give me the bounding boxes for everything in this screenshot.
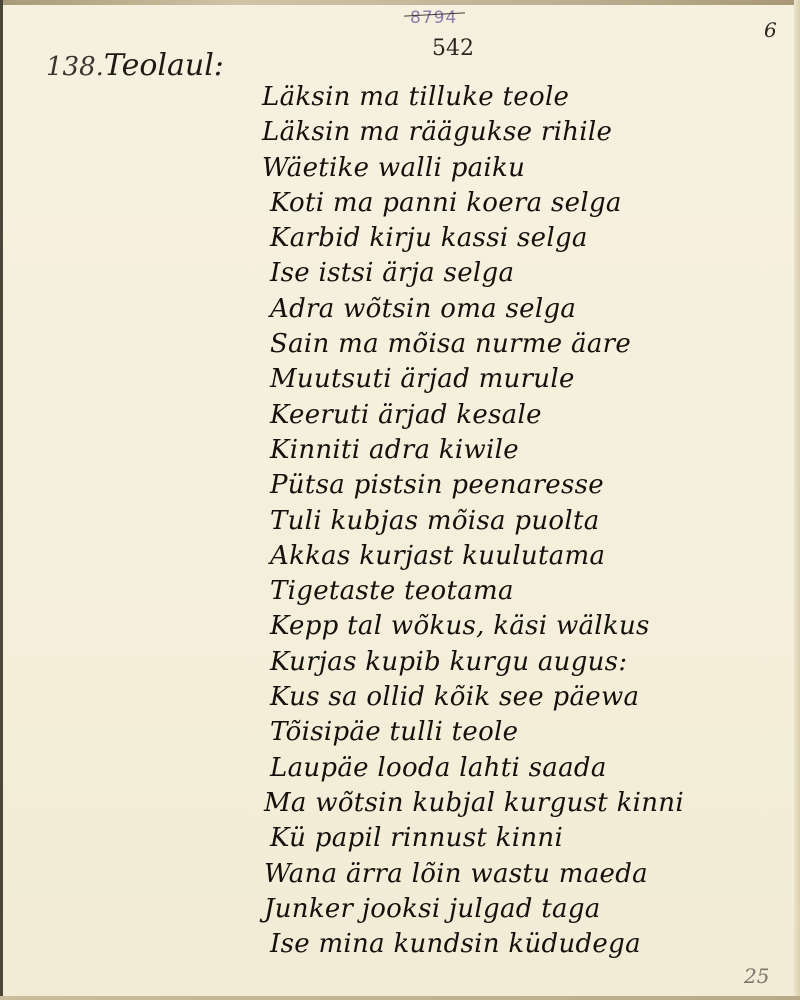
poem-line: Akkas kurjast kuulutama (262, 539, 684, 574)
poem-line: Wana ärra lõin wastu maeda (262, 857, 684, 892)
poem-line: Adra wõtsin oma selga (262, 292, 684, 327)
poem-line: Wäetike walli paiku (262, 151, 684, 186)
poem-line: Kurjas kupib kurgu augus: (262, 645, 684, 680)
poem-line: Tigetaste teotama (262, 574, 684, 609)
poem-line: Muutsuti ärjad murule (262, 362, 684, 397)
paper-bottom-edge (0, 996, 800, 1000)
poem-line: Sain ma mõisa nurme äare (262, 327, 684, 362)
poem-line: Ise mina kundsin küdudega (262, 927, 684, 962)
archive-stamp-number: 8794 (410, 8, 457, 28)
poem-lines: Läksin ma tilluke teole Läksin ma rääguk… (262, 80, 684, 962)
poem-line: Koti ma panni koera selga (262, 186, 684, 221)
poem-line: Kü papil rinnust kinni (262, 821, 684, 856)
archive-number: 542 (432, 36, 474, 61)
poem-line: Kus sa ollid kõik see päewa (262, 680, 684, 715)
poem-line: Läksin ma räägukse rihile (262, 115, 684, 150)
poem-line: Läksin ma tilluke teole (262, 80, 684, 115)
poem-line: Kepp tal wõkus, käsi wälkus (262, 609, 684, 644)
paper-left-edge (0, 0, 3, 1000)
poem-line: Keeruti ärjad kesale (262, 398, 684, 433)
poem-line: Tõisipäe tulli teole (262, 715, 684, 750)
folio-number: 25 (744, 964, 769, 988)
poem-line: Tuli kubjas mõisa puolta (262, 504, 684, 539)
poem-line: Ise istsi ärja selga (262, 256, 684, 291)
paper-top-edge (0, 0, 800, 5)
poem-line: Junker jooksi julgad taga (262, 892, 684, 927)
poem-line: Ma wõtsin kubjal kurgust kinni (262, 786, 684, 821)
song-title: Teolaul: (104, 48, 224, 83)
poem-line: Pütsa pistsin peenaresse (262, 468, 684, 503)
poem-line: Laupäe looda lahti saada (262, 751, 684, 786)
poem-line: Kinniti adra kiwile (262, 433, 684, 468)
song-number: 138. (46, 52, 104, 82)
page-number: 6 (764, 18, 777, 42)
poem-line: Karbid kirju kassi selga (262, 221, 684, 256)
paper-right-edge (794, 0, 800, 1000)
manuscript-page: 8794 542 6 138.Teolaul: Läksin ma tilluk… (0, 0, 800, 1000)
song-heading: 138.Teolaul: (46, 48, 224, 83)
